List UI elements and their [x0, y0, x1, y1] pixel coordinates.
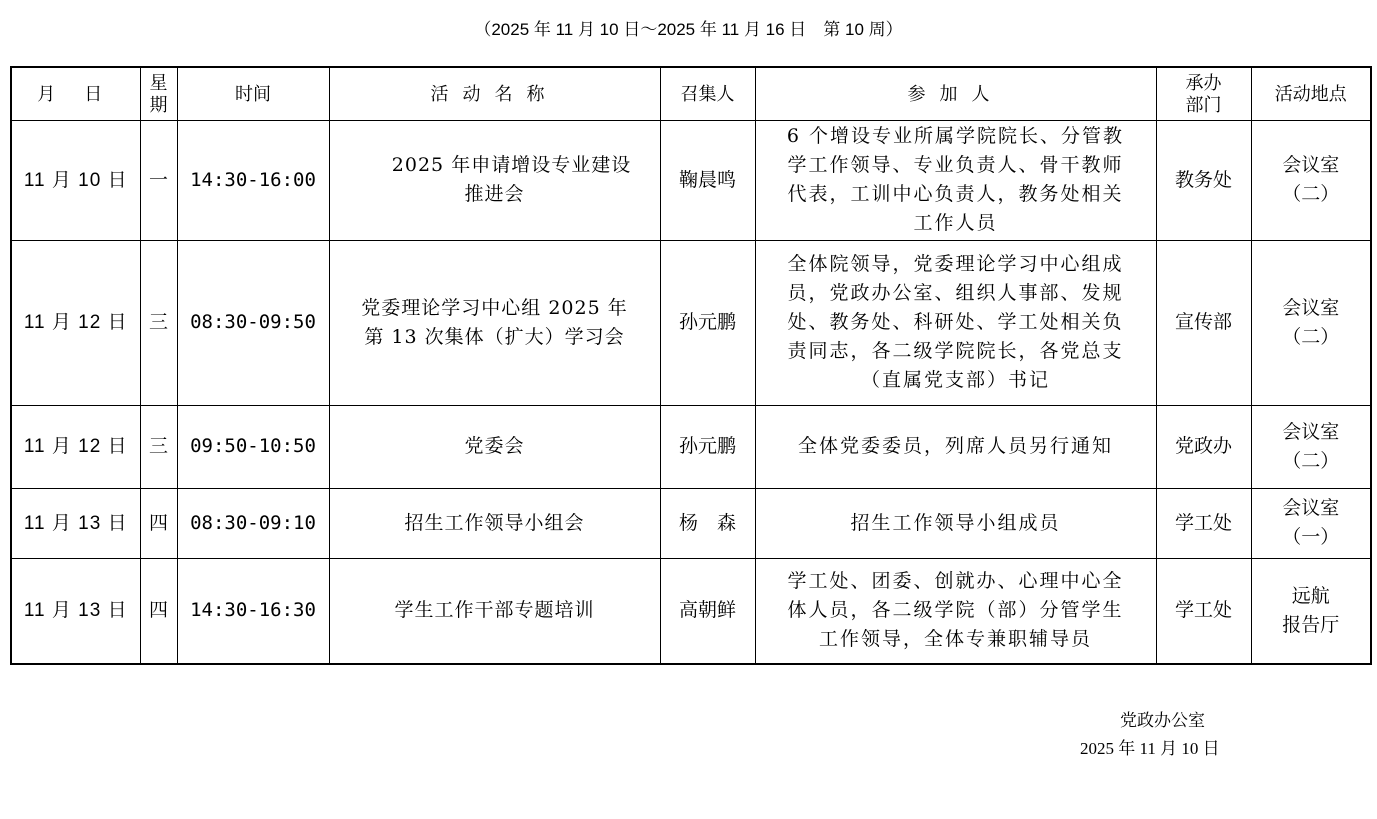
- cell-organizer: 学工处: [1156, 558, 1251, 664]
- issuing-office: 党政办公室: [1120, 706, 1205, 731]
- cell-date: 11 月 12 日: [11, 405, 140, 488]
- cell-convener: 孙元鹏: [660, 240, 755, 405]
- schedule-week-range: （2025 年 11 月 10 日～2025 年 11 月 16 日 第 10 …: [0, 15, 1377, 40]
- weekly-activity-schedule-table: 月 日 星期 时间 活动名称 召集人 参加人 承办部门 活动地点 11 月 10…: [10, 66, 1372, 665]
- cell-weekday: 四: [140, 558, 177, 664]
- cell-date: 11 月 13 日: [11, 488, 140, 558]
- cell-attendees: 学工处、团委、创就办、心理中心全 体人员，各二级学院（部）分管学生 工作领导，全…: [755, 558, 1156, 664]
- cell-organizer: 学工处: [1156, 488, 1251, 558]
- cell-organizer: 宣传部: [1156, 240, 1251, 405]
- cell-weekday: 一: [140, 120, 177, 240]
- cell-convener: 孙元鹏: [660, 405, 755, 488]
- table-row: 11 月 10 日 一 14:30-16:00 2025 年申请增设专业建设 推…: [11, 120, 1371, 240]
- cell-location: 会议室 （一）: [1251, 488, 1371, 558]
- cell-time: 09:50-10:50: [177, 405, 329, 488]
- cell-activity: 党委会: [329, 405, 660, 488]
- cell-weekday: 三: [140, 240, 177, 405]
- cell-convener: 高朝鲜: [660, 558, 755, 664]
- issue-date: 2025 年 11 月 10 日: [1080, 734, 1220, 759]
- table-row: 11 月 12 日 三 09:50-10:50 党委会 孙元鹏 全体党委委员，列…: [11, 405, 1371, 488]
- cell-attendees: 全体党委委员，列席人员另行通知: [755, 405, 1156, 488]
- cell-weekday: 三: [140, 405, 177, 488]
- col-header-convener: 召集人: [660, 67, 755, 120]
- table-row: 11 月 13 日 四 08:30-09:10 招生工作领导小组会 杨 森 招生…: [11, 488, 1371, 558]
- col-header-location: 活动地点: [1251, 67, 1371, 120]
- table-row: 11 月 12 日 三 08:30-09:50 党委理论学习中心组 2025 年…: [11, 240, 1371, 405]
- cell-date: 11 月 10 日: [11, 120, 140, 240]
- col-header-date: 月 日: [11, 67, 140, 120]
- cell-attendees: 招生工作领导小组成员: [755, 488, 1156, 558]
- cell-organizer: 教务处: [1156, 120, 1251, 240]
- col-header-weekday: 星期: [140, 67, 177, 120]
- cell-activity: 招生工作领导小组会: [329, 488, 660, 558]
- cell-date: 11 月 13 日: [11, 558, 140, 664]
- table-header-row: 月 日 星期 时间 活动名称 召集人 参加人 承办部门 活动地点: [11, 67, 1371, 120]
- cell-convener: 杨 森: [660, 488, 755, 558]
- col-header-time: 时间: [177, 67, 329, 120]
- col-header-activity: 活动名称: [329, 67, 660, 120]
- cell-time: 14:30-16:30: [177, 558, 329, 664]
- table-row: 11 月 13 日 四 14:30-16:30 学生工作干部专题培训 高朝鲜 学…: [11, 558, 1371, 664]
- col-header-organizer: 承办部门: [1156, 67, 1251, 120]
- cell-location: 远航 报告厅: [1251, 558, 1371, 664]
- cell-location: 会议室 （二）: [1251, 240, 1371, 405]
- cell-activity: 学生工作干部专题培训: [329, 558, 660, 664]
- cell-convener: 鞠晨鸣: [660, 120, 755, 240]
- cell-attendees: 6 个增设专业所属学院院长、分管教 学工作领导、专业负责人、骨干教师 代表，工训…: [755, 120, 1156, 240]
- col-header-attendees: 参加人: [755, 67, 1156, 120]
- cell-organizer: 党政办: [1156, 405, 1251, 488]
- cell-time: 08:30-09:50: [177, 240, 329, 405]
- cell-location: 会议室 （二）: [1251, 120, 1371, 240]
- cell-activity: 2025 年申请增设专业建设 推进会: [329, 120, 660, 240]
- cell-weekday: 四: [140, 488, 177, 558]
- cell-activity: 党委理论学习中心组 2025 年 第 13 次集体（扩大）学习会: [329, 240, 660, 405]
- cell-attendees: 全体院领导，党委理论学习中心组成 员，党政办公室、组织人事部、发规 处、教务处、…: [755, 240, 1156, 405]
- cell-location: 会议室 （二）: [1251, 405, 1371, 488]
- cell-date: 11 月 12 日: [11, 240, 140, 405]
- cell-time: 08:30-09:10: [177, 488, 329, 558]
- cell-time: 14:30-16:00: [177, 120, 329, 240]
